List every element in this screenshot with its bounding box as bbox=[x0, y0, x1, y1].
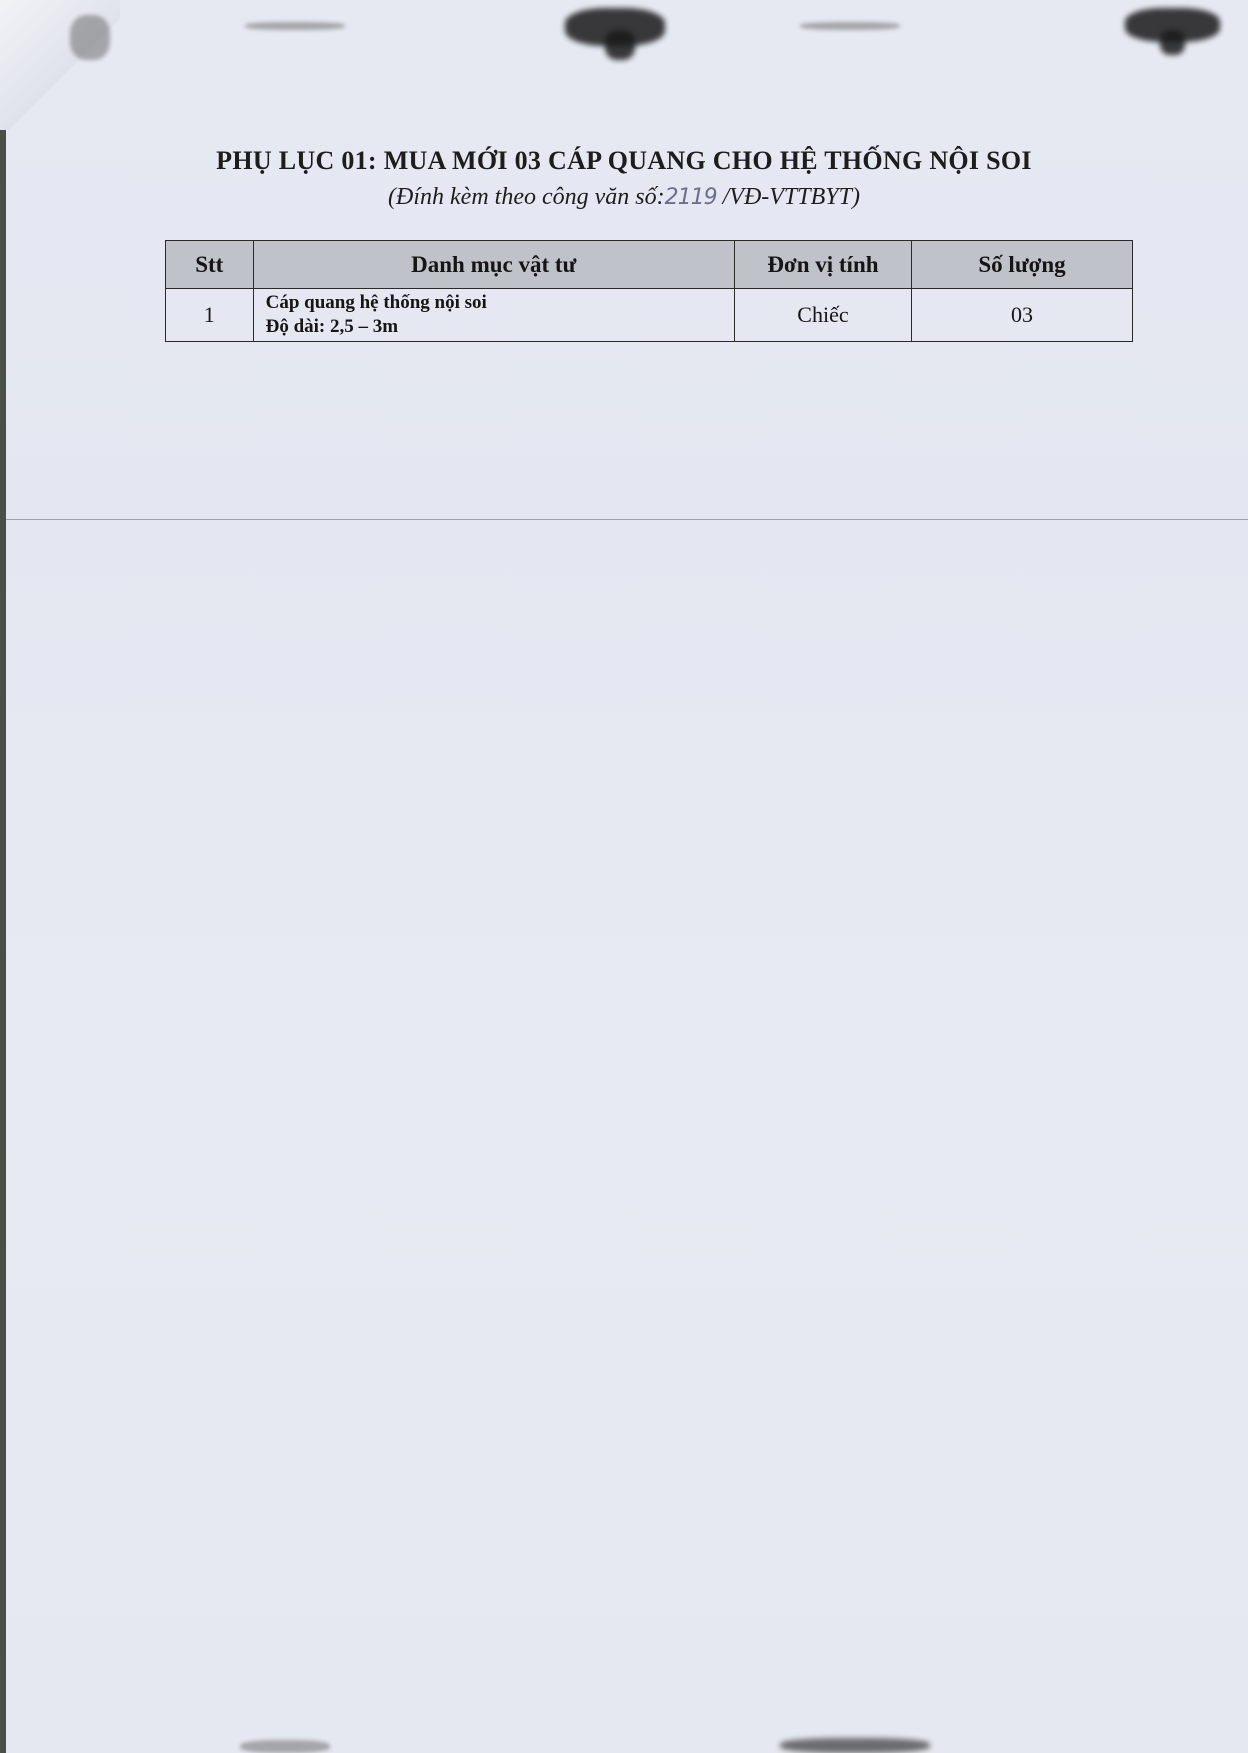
document-title: PHỤ LỤC 01: MUA MỚI 03 CÁP QUANG CHO HỆ … bbox=[0, 146, 1248, 176]
items-table: Stt Danh mục vật tư Đơn vị tính Số lượng… bbox=[165, 240, 1133, 342]
header-item: Danh mục vật tư bbox=[253, 241, 734, 289]
toner-smudge bbox=[240, 1740, 330, 1753]
cell-quantity: 03 bbox=[912, 289, 1133, 342]
document-subtitle: (Đính kèm theo công văn số:2119 /VĐ-VTTB… bbox=[0, 184, 1248, 211]
paper-fold-line bbox=[6, 519, 1248, 520]
header-stt: Stt bbox=[166, 241, 254, 289]
header-unit: Đơn vị tính bbox=[734, 241, 911, 289]
toner-smudge bbox=[70, 15, 110, 60]
toner-smudge bbox=[1160, 30, 1185, 55]
subtitle-suffix: /VĐ-VTTBYT) bbox=[717, 184, 860, 210]
header-quantity: Số lượng bbox=[912, 241, 1133, 289]
toner-smudge bbox=[605, 30, 635, 60]
table-row: 1 Cáp quang hệ thống nội soi Độ dài: 2,5… bbox=[166, 289, 1133, 342]
cell-unit: Chiếc bbox=[734, 289, 911, 342]
toner-smudge bbox=[780, 1738, 930, 1753]
handwritten-document-number: 2119 bbox=[665, 185, 717, 210]
toner-smudge bbox=[800, 22, 900, 30]
table-header-row: Stt Danh mục vật tư Đơn vị tính Số lượng bbox=[166, 241, 1133, 289]
toner-smudge bbox=[245, 22, 345, 30]
scan-left-edge bbox=[0, 0, 6, 1753]
subtitle-prefix: (Đính kèm theo công văn số: bbox=[388, 184, 665, 210]
cell-item: Cáp quang hệ thống nội soi Độ dài: 2,5 –… bbox=[253, 289, 734, 342]
item-name: Cáp quang hệ thống nội soi bbox=[266, 291, 734, 315]
cell-stt: 1 bbox=[166, 289, 254, 342]
item-spec: Độ dài: 2,5 – 3m bbox=[266, 315, 734, 339]
